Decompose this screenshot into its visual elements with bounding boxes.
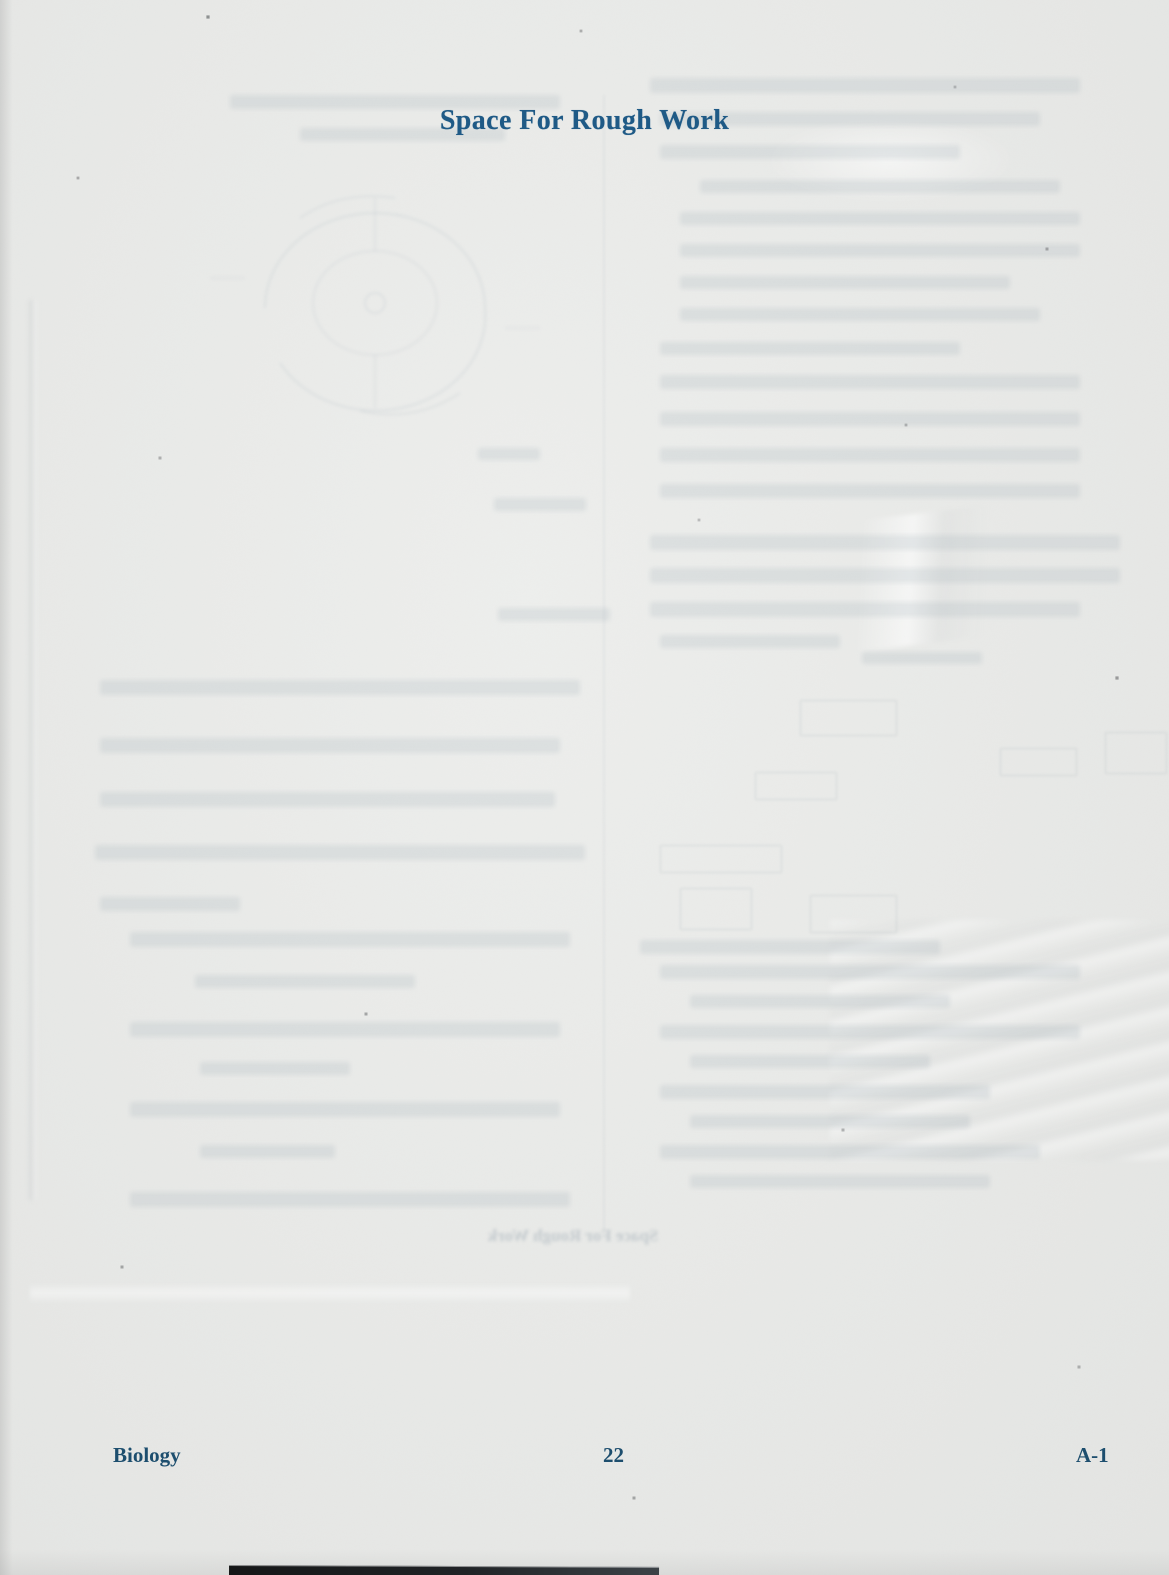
bleedthrough-smudge <box>640 940 940 954</box>
bleedthrough-smudge <box>690 1115 970 1128</box>
dust-specks <box>0 0 2 2</box>
bleedthrough-smudge <box>700 180 1060 193</box>
bleedthrough-smudge <box>130 1102 560 1117</box>
bleedthrough-flowchart-box <box>660 845 782 873</box>
bleedthrough-smudge <box>130 1192 570 1207</box>
scanner-artifact-bar <box>229 1565 659 1575</box>
bleedthrough-smudge <box>650 602 1080 617</box>
paper-fold-left <box>28 300 38 1200</box>
scan-edge-shadow-left <box>0 0 14 1575</box>
bleedthrough-smudge <box>680 212 1080 225</box>
bleedthrough-smudge <box>200 1062 350 1075</box>
bleedthrough-smudge <box>862 652 982 664</box>
bleedthrough-smudge <box>100 897 240 911</box>
bleedthrough-smudge <box>660 375 1080 389</box>
bleedthrough-smudge <box>498 608 610 621</box>
bleedthrough-diagram <box>205 158 545 448</box>
bleedthrough-smudge <box>660 484 1080 498</box>
bleedthrough-smudge <box>660 965 1080 979</box>
bleedthrough-smudge <box>690 995 950 1008</box>
bleedthrough-smudge <box>650 568 1120 583</box>
bleedthrough-smudge <box>660 342 960 355</box>
bleedthrough-smudge <box>100 738 560 753</box>
footer-page-number: 22 <box>603 1443 624 1468</box>
bleedthrough-smudge <box>660 1145 1040 1159</box>
bleedthrough-smudge <box>200 1145 335 1158</box>
bleedthrough-title-mirror: Space For Rough Work <box>428 1226 718 1246</box>
bleedthrough-smudge <box>660 1025 1080 1039</box>
bleedthrough-smudge <box>680 308 1040 321</box>
bleedthrough-smudge <box>130 1022 560 1037</box>
bleedthrough-smudge <box>690 1055 930 1068</box>
paper-crease-horizontal <box>30 1280 630 1306</box>
footer-booklet-code: A-1 <box>1076 1443 1109 1468</box>
bleedthrough-smudge <box>494 498 586 511</box>
bleedthrough-flowchart-box <box>755 772 837 800</box>
footer-subject-label: Biology <box>113 1443 181 1468</box>
bleedthrough-smudge <box>130 932 570 947</box>
paper-wrinkles-right <box>830 920 1169 1160</box>
bleedthrough-smudge <box>680 244 1080 257</box>
bleedthrough-smudge <box>195 975 415 988</box>
bleedthrough-smudge <box>95 845 585 860</box>
bleedthrough-flowchart-box <box>800 700 897 736</box>
paper-crease-diagonal <box>594 478 1169 683</box>
scanned-exam-page: Space For Rough Work Space For Rough Wor… <box>0 0 1169 1575</box>
paper-grain-texture <box>0 0 1169 1575</box>
bleedthrough-smudge <box>660 1085 990 1099</box>
bleedthrough-flowchart-box <box>1105 732 1167 774</box>
bleedthrough-smudge <box>660 635 840 648</box>
bleedthrough-flowchart-box <box>810 895 897 933</box>
bleedthrough-smudge <box>680 276 1010 289</box>
bleedthrough-smudge <box>660 448 1080 462</box>
bleedthrough-column-divider <box>603 95 605 1230</box>
bleedthrough-smudge <box>650 78 1080 93</box>
page-title: Space For Rough Work <box>440 105 729 137</box>
paper-sheen-spot <box>760 115 1020 205</box>
bleedthrough-flowchart-box <box>1000 748 1077 776</box>
bleedthrough-smudge <box>660 145 960 159</box>
bleedthrough-smudge <box>478 448 540 460</box>
bleedthrough-layer: Space For Rough Work <box>0 0 1169 1575</box>
bleedthrough-smudge <box>650 535 1120 550</box>
bleedthrough-smudge <box>100 680 580 695</box>
bleedthrough-smudge <box>100 792 555 807</box>
bleedthrough-smudge <box>660 412 1080 426</box>
bleedthrough-smudge <box>690 1175 990 1188</box>
bleedthrough-flowchart-box <box>680 888 752 930</box>
